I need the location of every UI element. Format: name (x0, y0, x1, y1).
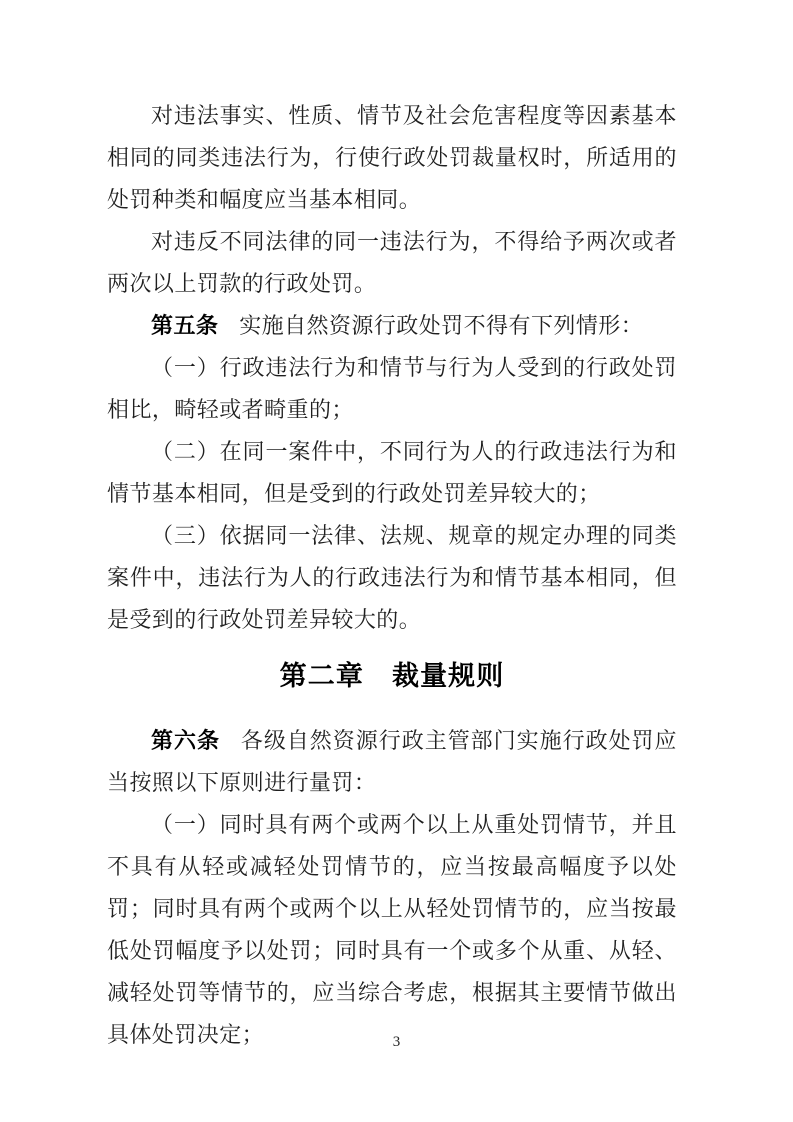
paragraph-item-2: （二）在同一案件中，不同行为人的行政违法行为和情节基本相同，但是受到的行政处罚差… (107, 431, 677, 515)
paragraph: 对违法事实、性质、情节及社会危害程度等因素基本相同的同类违法行为，行使行政处罚裁… (107, 95, 677, 221)
document-body: 对违法事实、性质、情节及社会危害程度等因素基本相同的同类违法行为，行使行政处罚裁… (107, 95, 677, 1056)
article-number: 第六条 (151, 728, 220, 753)
paragraph-text: 实施自然资源行政处罚不得有下列情形： (239, 313, 643, 338)
paragraph: 对违反不同法律的同一违法行为，不得给予两次或者两次以上罚款的行政处罚。 (107, 221, 677, 305)
paragraph-text: （三）依据同一法律、法规、规章的规定办理的同类案件中，违法行为人的行政违法行为和… (107, 523, 677, 632)
paragraph-item-1-article-6: （一）同时具有两个或两个以上从重处罚情节，并且不具有从轻或减轻处罚情节的，应当按… (107, 804, 677, 1056)
chapter-heading: 第二章 裁量规则 (107, 655, 677, 697)
page-number: 3 (0, 1032, 793, 1052)
paragraph-text: 对违反不同法律的同一违法行为，不得给予两次或者两次以上罚款的行政处罚。 (107, 229, 677, 296)
paragraph-text: （一）行政违法行为和情节与行为人受到的行政处罚相比，畸轻或者畸重的； (107, 355, 677, 422)
paragraph-article-6: 第六条各级自然资源行政主管部门实施行政处罚应当按照以下原则进行量罚： (107, 720, 677, 804)
paragraph-text: 对违法事实、性质、情节及社会危害程度等因素基本相同的同类违法行为，行使行政处罚裁… (107, 103, 677, 212)
article-number: 第五条 (151, 313, 218, 338)
paragraph-item-3: （三）依据同一法律、法规、规章的规定办理的同类案件中，违法行为人的行政违法行为和… (107, 515, 677, 641)
paragraph-article-5: 第五条实施自然资源行政处罚不得有下列情形： (107, 305, 677, 347)
paragraph-text: （一）同时具有两个或两个以上从重处罚情节，并且不具有从轻或减轻处罚情节的，应当按… (107, 812, 677, 1047)
document-page: 对违法事实、性质、情节及社会危害程度等因素基本相同的同类违法行为，行使行政处罚裁… (0, 0, 793, 1122)
paragraph-item-1: （一）行政违法行为和情节与行为人受到的行政处罚相比，畸轻或者畸重的； (107, 347, 677, 431)
paragraph-text: （二）在同一案件中，不同行为人的行政违法行为和情节基本相同，但是受到的行政处罚差… (107, 439, 677, 506)
